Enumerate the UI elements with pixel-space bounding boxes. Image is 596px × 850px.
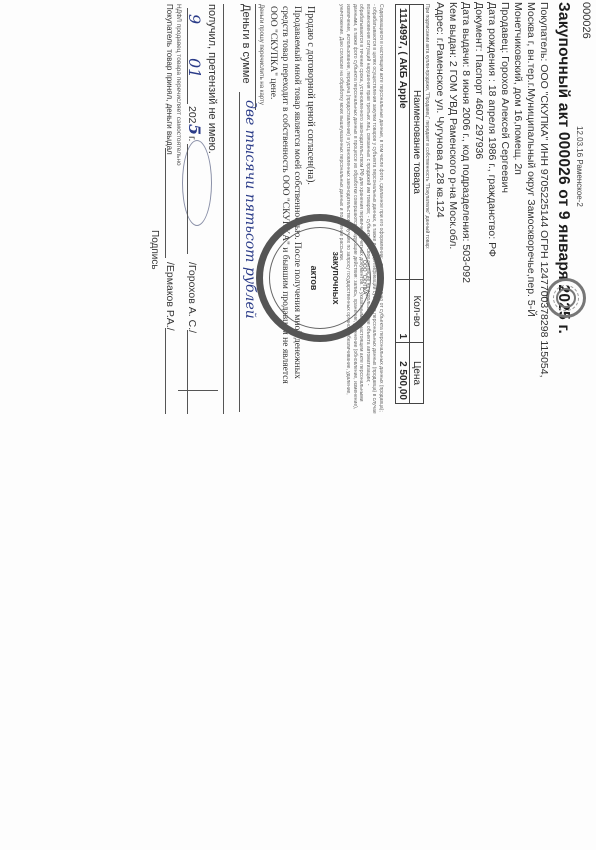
- buyer-accept-text: Покупатель товар принял, деньги выдал: [165, 4, 174, 155]
- document-number: 000026: [580, 2, 592, 39]
- seller-line: Документ: Паспорт 4607 297936: [473, 2, 485, 159]
- item-price: 2 500,00: [396, 343, 410, 404]
- date-line: [187, 8, 188, 104]
- price-agreement: Продаю с договорной ценой согласен(на).: [305, 6, 316, 185]
- ndfl-note: НДФЛ продавец товара перечисляет самосто…: [175, 4, 182, 166]
- personal-data-fine-print: Содержащиеся в настоящем акте персональн…: [338, 4, 384, 414]
- ownership-line: ООО "СКУПКА" цене.: [268, 6, 278, 99]
- seller-line-end: [187, 330, 188, 414]
- buyer-line: Москва г, вн.тер.г.Муниципальный округ З…: [525, 2, 537, 317]
- buyer-line: Покупатель: ООО "СКУПКА" ИНН 9705225144 …: [538, 2, 550, 378]
- organization-round-seal: ООО "СКУПКА" закупочных актов: [256, 214, 384, 342]
- table-row: 1114997, ( АКБ Apple 1 2 500,00: [396, 5, 410, 404]
- seal-org-name: ООО "СКУПКА": [361, 221, 367, 335]
- round-logo-stamp-icon: [546, 278, 586, 318]
- items-table: Наименование товара Кол-во Цена 1114997,…: [395, 4, 424, 404]
- seller-line: Кем выдан: 2 ГОМ УВД Раменского р-на Мос…: [447, 2, 459, 249]
- seller-line: Продавец: Горохов Алексей Сергеевич: [499, 2, 511, 193]
- seller-line: Адрес: г.Раменское ул. Чугунова д.28 кв.…: [434, 2, 446, 218]
- item-name: 1114997, ( АКБ Apple: [396, 5, 410, 280]
- buyer-line: Монетчиковский, дом 16,помещ. 2п: [512, 2, 524, 175]
- card-number-line: [255, 4, 256, 110]
- buyer-name: /Ермаков Р.А./: [164, 262, 176, 331]
- header-name: Наименование товара: [410, 5, 424, 280]
- money-amount-line: [239, 92, 240, 412]
- buyer-line-end: [165, 328, 166, 414]
- seal-text-line2: актов: [309, 221, 319, 335]
- blank-line: [223, 4, 224, 414]
- received-text: получил, претензий не имею.: [206, 4, 218, 154]
- items-table-header: Наименование товара Кол-во Цена: [410, 5, 424, 404]
- card-transfer-note: Деньги прошу перечислить на карту: [258, 4, 264, 105]
- rule-line: [178, 390, 218, 391]
- signature-caption: Подпись: [149, 230, 160, 270]
- item-qty: 1: [396, 280, 410, 343]
- seller-name: /Горохов А. С./: [186, 262, 198, 333]
- money-label: Деньги в сумме: [240, 4, 252, 84]
- header-qty: Кол-во: [410, 280, 424, 343]
- transfer-note: При подписании акта купли-продажи, "Прод…: [424, 4, 430, 249]
- header-price: Цена: [410, 343, 424, 404]
- scanned-purchase-act: 000026 12.03.16 Раменское-2 Закупочный а…: [0, 0, 596, 850]
- seal-text-line1: закупочных: [331, 221, 341, 335]
- seller-line: Дата рождения : 18 апреля 1986 г., гражд…: [486, 2, 498, 257]
- buyer-signature-line: [165, 148, 166, 258]
- place-stamp-text: 12.03.16 Раменское-2: [575, 126, 584, 207]
- date-year-digit: 5: [185, 124, 204, 135]
- date-year-prefix: 202: [186, 106, 198, 124]
- seller-signature-line: [187, 144, 188, 254]
- seller-line: Дата выдачи: 8 июня 2006 г., код подразд…: [460, 2, 472, 283]
